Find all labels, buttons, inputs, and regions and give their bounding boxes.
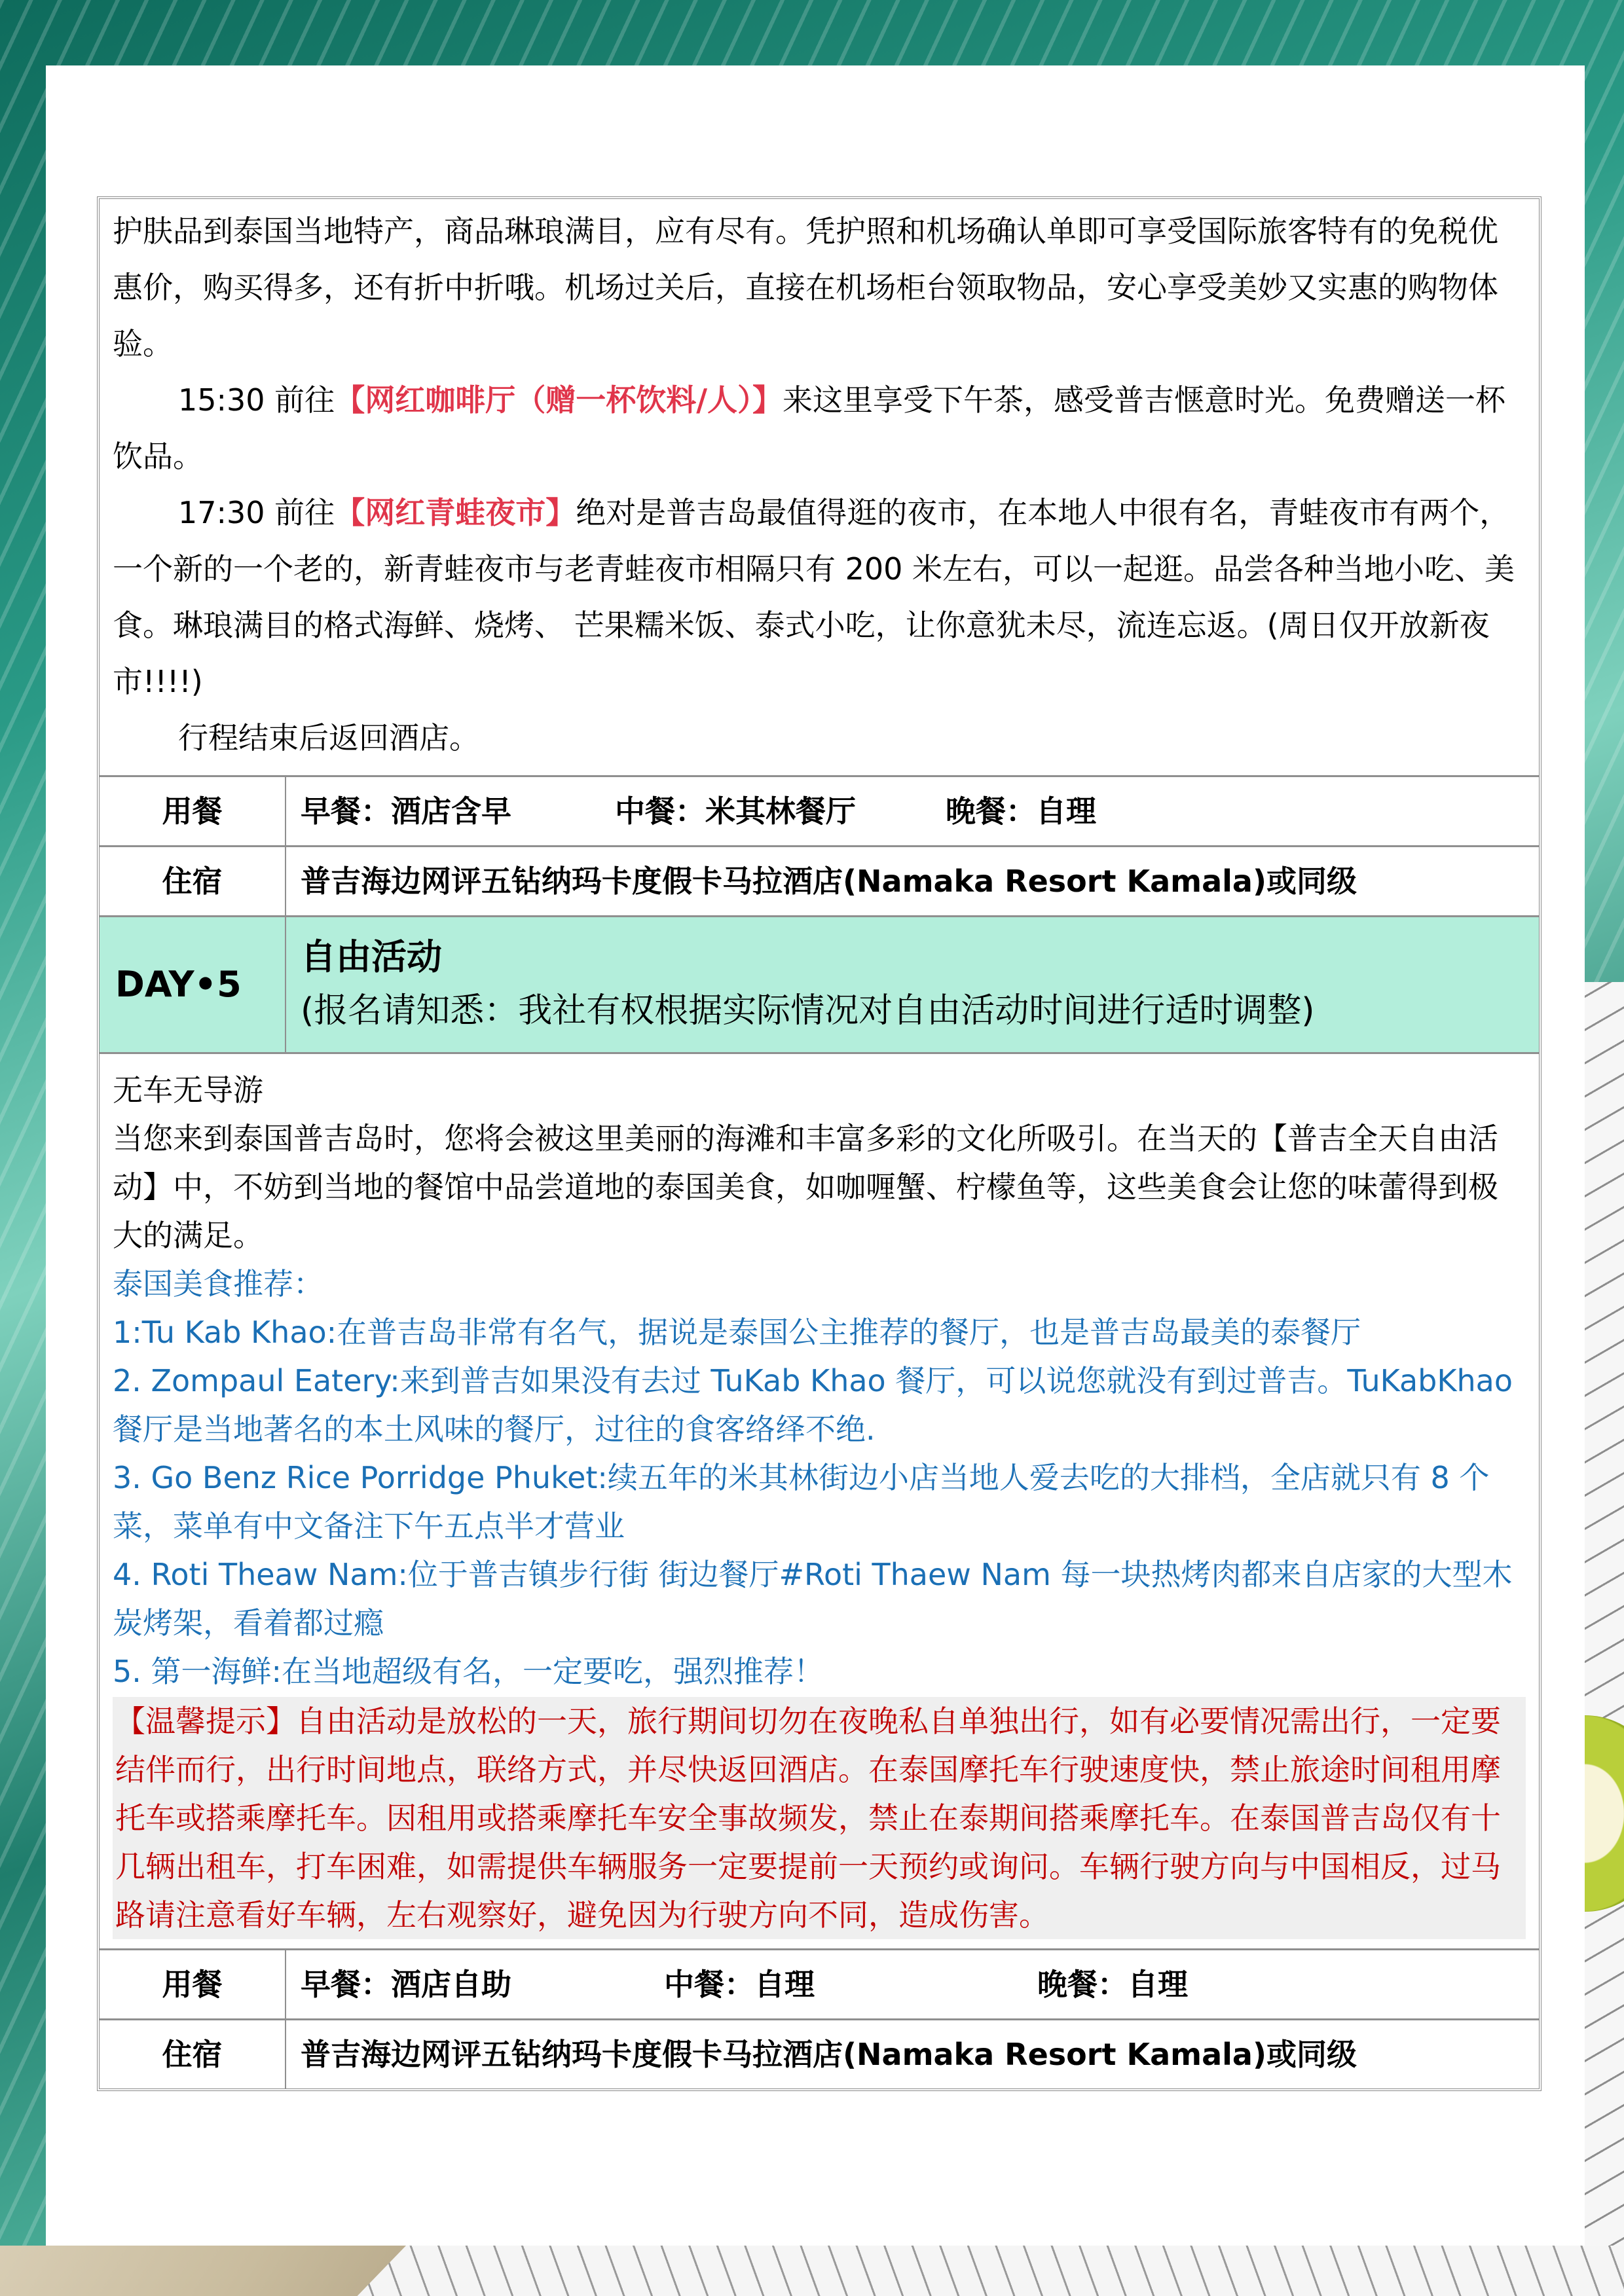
food-recommend-item: 5. 第一海鲜:在当地超级有名，一定要吃，强烈推荐！ — [113, 1647, 1526, 1696]
kiwi-decoration-image — [1585, 1715, 1624, 1912]
night-market-time: 17:30 前往 — [178, 495, 335, 530]
day4-cafe-paragraph: 15:30 前往【网红咖啡厅（赠一杯饮料/人）】来这里享受下午茶，感受普吉惬意时… — [113, 372, 1526, 484]
night-market-highlight: 【网红青蛙夜市】 — [335, 495, 576, 530]
day5-label: DAY•5 — [100, 915, 286, 1052]
food-recommend-item: 3. Go Benz Rice Porridge Phuket:续五年的米其林街… — [113, 1453, 1526, 1550]
day5-stay-label: 住宿 — [100, 2018, 286, 2088]
day5-title: 自由活动 — [301, 931, 1538, 983]
day5-dinner: 晚餐：自理 — [1037, 1956, 1188, 2013]
safety-tip: 【温馨提示】自由活动是放松的一天，旅行期间切勿在夜晚私自单独出行，如有必要情况需… — [113, 1697, 1526, 1939]
day5-intro: 当您来到泰国普吉岛时，您将会被这里美丽的海滩和丰富多彩的文化所吸引。在当天的【普… — [113, 1114, 1526, 1260]
background-right-texture — [1585, 982, 1624, 2246]
day4-breakfast: 早餐：酒店含早 — [301, 783, 615, 839]
day4-stay-label: 住宿 — [100, 845, 286, 915]
day4-description-row: 护肤品到泰国当地特产，商品琳琅满目，应有尽有。凭护照和机场确认单即可享受国际旅客… — [100, 199, 1539, 775]
day5-header-row: DAY•5 自由活动 (报名请知悉：我社有权根据实际情况对自由活动时间进行适时调… — [100, 915, 1539, 1052]
day5-description-row: 无车无导游 当您来到泰国普吉岛时，您将会被这里美丽的海滩和丰富多彩的文化所吸引。… — [100, 1052, 1539, 1948]
food-recommend-item: 2. Zompaul Eatery:来到普吉如果没有去过 TuKab Khao … — [113, 1357, 1526, 1453]
background-sand-texture — [0, 2246, 406, 2296]
day4-lunch: 中餐：米其林餐厅 — [615, 783, 946, 839]
cafe-time: 15:30 前往 — [178, 382, 335, 418]
background-bottom-texture — [0, 2246, 1624, 2296]
day4-stay-row: 住宿 普吉海边网评五钻纳玛卡度假卡马拉酒店(Namaka Resort Kama… — [100, 845, 1539, 915]
day5-breakfast: 早餐：酒店自助 — [301, 1956, 664, 2013]
food-recommend-item: 1:Tu Kab Khao:在普吉岛非常有名气，据说是泰国公主推荐的餐厅，也是普… — [113, 1308, 1526, 1357]
food-recommend-item: 4. Roti Theaw Nam:位于普吉镇步行街 街边餐厅#Roti Tha… — [113, 1550, 1526, 1647]
cafe-highlight: 【网红咖啡厅（赠一杯饮料/人）】 — [335, 382, 783, 418]
day5-meals-row: 用餐 早餐：酒店自助中餐：自理晚餐：自理 — [100, 1948, 1539, 2018]
day5-hotel: 普吉海边网评五钻纳玛卡度假卡马拉酒店(Namaka Resort Kamala)… — [286, 2018, 1539, 2088]
day5-mode: 无车无导游 — [113, 1066, 1526, 1114]
day4-description-cell: 护肤品到泰国当地特产，商品琳琅满目，应有尽有。凭护照和机场确认单即可享受国际旅客… — [100, 199, 1539, 775]
day5-meals-label: 用餐 — [100, 1948, 286, 2018]
day5-description-cell: 无车无导游 当您来到泰国普吉岛时，您将会被这里美丽的海滩和丰富多彩的文化所吸引。… — [100, 1052, 1539, 1948]
day5-note: (报名请知悉：我社有权根据实际情况对自由活动时间进行适时调整) — [301, 983, 1538, 1038]
day4-meals-label: 用餐 — [100, 775, 286, 845]
food-recommend-heading: 泰国美食推荐： — [113, 1260, 1526, 1308]
day5-meals-cell: 早餐：酒店自助中餐：自理晚餐：自理 — [286, 1948, 1539, 2018]
day4-meals-row: 用餐 早餐：酒店含早中餐：米其林餐厅晚餐：自理 — [100, 775, 1539, 845]
day5-header-cell: 自由活动 (报名请知悉：我社有权根据实际情况对自由活动时间进行适时调整) — [286, 915, 1539, 1052]
day4-shopping-paragraph: 护肤品到泰国当地特产，商品琳琅满目，应有尽有。凭护照和机场确认单即可享受国际旅客… — [113, 203, 1526, 372]
itinerary-table: 护肤品到泰国当地特产，商品琳琅满目，应有尽有。凭护照和机场确认单即可享受国际旅客… — [97, 196, 1541, 2091]
day4-closing-paragraph: 行程结束后返回酒店。 — [113, 710, 1526, 766]
day4-hotel: 普吉海边网评五钻纳玛卡度假卡马拉酒店(Namaka Resort Kamala)… — [286, 845, 1539, 915]
day4-meals-cell: 早餐：酒店含早中餐：米其林餐厅晚餐：自理 — [286, 775, 1539, 845]
day5-stay-row: 住宿 普吉海边网评五钻纳玛卡度假卡马拉酒店(Namaka Resort Kama… — [100, 2018, 1539, 2088]
day4-dinner: 晚餐：自理 — [946, 783, 1096, 839]
day4-night-market-paragraph: 17:30 前往【网红青蛙夜市】绝对是普吉岛最值得逛的夜市，在本地人中很有名，青… — [113, 484, 1526, 710]
day5-lunch: 中餐：自理 — [664, 1956, 1037, 2013]
